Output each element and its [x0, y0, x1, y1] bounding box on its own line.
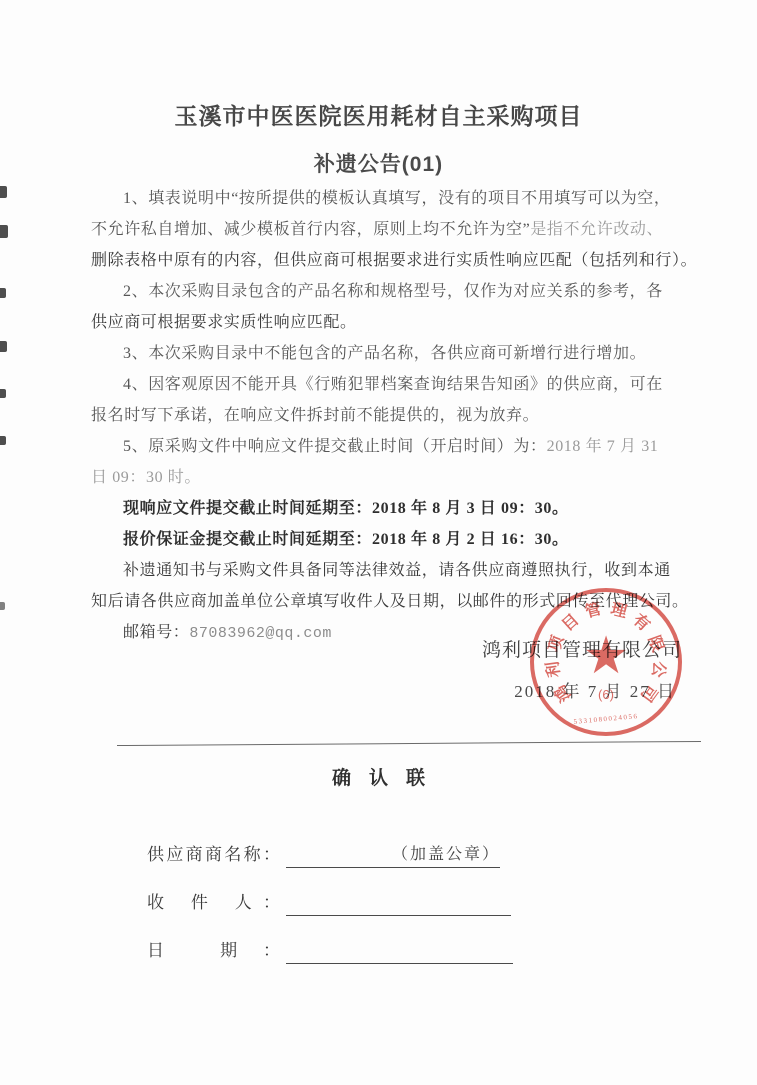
form-field-row: 供应商商名称：（加盖公章） [147, 842, 513, 868]
text-run: 是指不允许改动、 [530, 221, 663, 238]
scan-artifact-speck [0, 602, 5, 610]
text-run: 日 09：30 时。 [91, 469, 201, 486]
text-run: 3、本次采购目录中不能包含的产品名称，各供应商可新增行进行增加。 [123, 345, 646, 362]
body-line: 不允许私自增加、减少模板首行内容，原则上均不允许为空”是指不允许改动、 [91, 214, 699, 245]
scan-artifact-speck [0, 288, 6, 298]
text-run: 5、原采购文件中响应文件提交截止时间（开启时间）为： [123, 438, 547, 455]
body-line: 2、本次采购目录包含的产品名称和规格型号，仅作为对应关系的参考，各 [91, 276, 699, 307]
text-run: 4、因客观原因不能开具《行贿犯罪档案查询结果告知函》的供应商，可在 [123, 376, 663, 393]
body-line: 4、因客观原因不能开具《行贿犯罪档案查询结果告知函》的供应商，可在 [91, 369, 699, 400]
confirmation-section-heading: 确认联 [0, 763, 757, 790]
body-line: 报名时写下承诺，在响应文件拆封前不能提供的，视为放弃。 [91, 400, 699, 431]
body-line: 1、填表说明中“按所提供的模板认真填写，没有的项目不用填写可以为空， [91, 183, 699, 214]
body-line: 供应商可根据要求实质性响应匹配。 [91, 307, 699, 338]
document-title: 玉溪市中医医院医用耗材自主采购项目 [0, 98, 757, 131]
document-subtitle: 补遗公告(01) [0, 148, 757, 178]
field-label: 日 期： [147, 938, 280, 964]
text-run: 2、本次采购目录包含的产品名称和规格型号，仅作为对应关系的参考，各 [123, 283, 663, 300]
company-seal-stamp: 鸿利项目管理有限公司 ★ (6) 5331080024056 [530, 588, 682, 736]
body-line: 报价保证金提交截止时间延期至：2018 年 8 月 2 日 16：30。 [91, 524, 699, 555]
field-blank-line: （加盖公章） [286, 842, 500, 868]
text-run: 现响应文件提交截止时间延期至：2018 年 8 月 3 日 09：30。 [123, 500, 569, 517]
stamp-code: (6) [530, 687, 682, 702]
body-line: 删除表格中原有的内容，但供应商可根据要求进行实质性响应匹配（包括列和行）。 [91, 245, 699, 276]
field-blank-line [286, 938, 513, 964]
confirmation-form: 供应商商名称：（加盖公章）收 件 人：日 期： [147, 842, 513, 986]
form-field-row: 日 期： [147, 938, 513, 964]
star-icon: ★ [583, 631, 630, 683]
text-run: 不允许私自增加、减少模板首行内容，原则上均不允许为空” [91, 221, 530, 238]
scan-artifact-speck [0, 225, 8, 238]
stamp-arc-char: 利 [539, 658, 562, 681]
field-label: 收 件 人： [147, 890, 280, 916]
body-line: 现响应文件提交截止时间延期至：2018 年 8 月 3 日 09：30。 [91, 493, 699, 524]
scan-artifact-speck [0, 186, 7, 198]
section-divider-line [117, 741, 701, 746]
text-run: 1、填表说明中“按所提供的模板认真填写，没有的项目不用填写可以为空， [123, 190, 671, 207]
field-label: 供应商商名称： [147, 842, 280, 868]
scan-artifact-speck [0, 341, 7, 352]
text-run: 供应商可根据要求实质性响应匹配。 [91, 314, 357, 331]
body-line: 日 09：30 时。 [91, 462, 699, 493]
text-run: 删除表格中原有的内容，但供应商可根据要求进行实质性响应匹配（包括列和行）。 [91, 252, 697, 269]
scanned-document-page: 玉溪市中医医院医用耗材自主采购项目 补遗公告(01) 1、填表说明中“按所提供的… [0, 0, 757, 1085]
scan-artifact-speck [0, 389, 6, 398]
stamp-arc-char: 公 [650, 658, 673, 681]
field-blank-line [286, 890, 511, 916]
text-run: 87083962@qq.com [189, 625, 332, 642]
text-run: 2018 年 7 月 31 [547, 438, 659, 455]
body-line: 5、原采购文件中响应文件提交截止时间（开启时间）为：2018 年 7 月 31 [91, 431, 699, 462]
document-body: 1、填表说明中“按所提供的模板认真填写，没有的项目不用填写可以为空，不允许私自增… [91, 183, 699, 648]
body-line: 3、本次采购目录中不能包含的产品名称，各供应商可新增行进行增加。 [91, 338, 699, 369]
body-line: 补遗通知书与采购文件具备同等法律效益，请各供应商遵照执行，收到本通 [91, 555, 699, 586]
text-run: 报价保证金提交截止时间延期至：2018 年 8 月 2 日 16：30。 [123, 531, 569, 548]
text-run: 补遗通知书与采购文件具备同等法律效益，请各供应商遵照执行，收到本通 [123, 562, 671, 579]
text-run: 报名时写下承诺，在响应文件拆封前不能提供的，视为放弃。 [91, 407, 539, 424]
scan-artifact-speck [0, 436, 6, 445]
form-field-row: 收 件 人： [147, 890, 513, 916]
text-run: 邮箱号： [123, 624, 189, 641]
